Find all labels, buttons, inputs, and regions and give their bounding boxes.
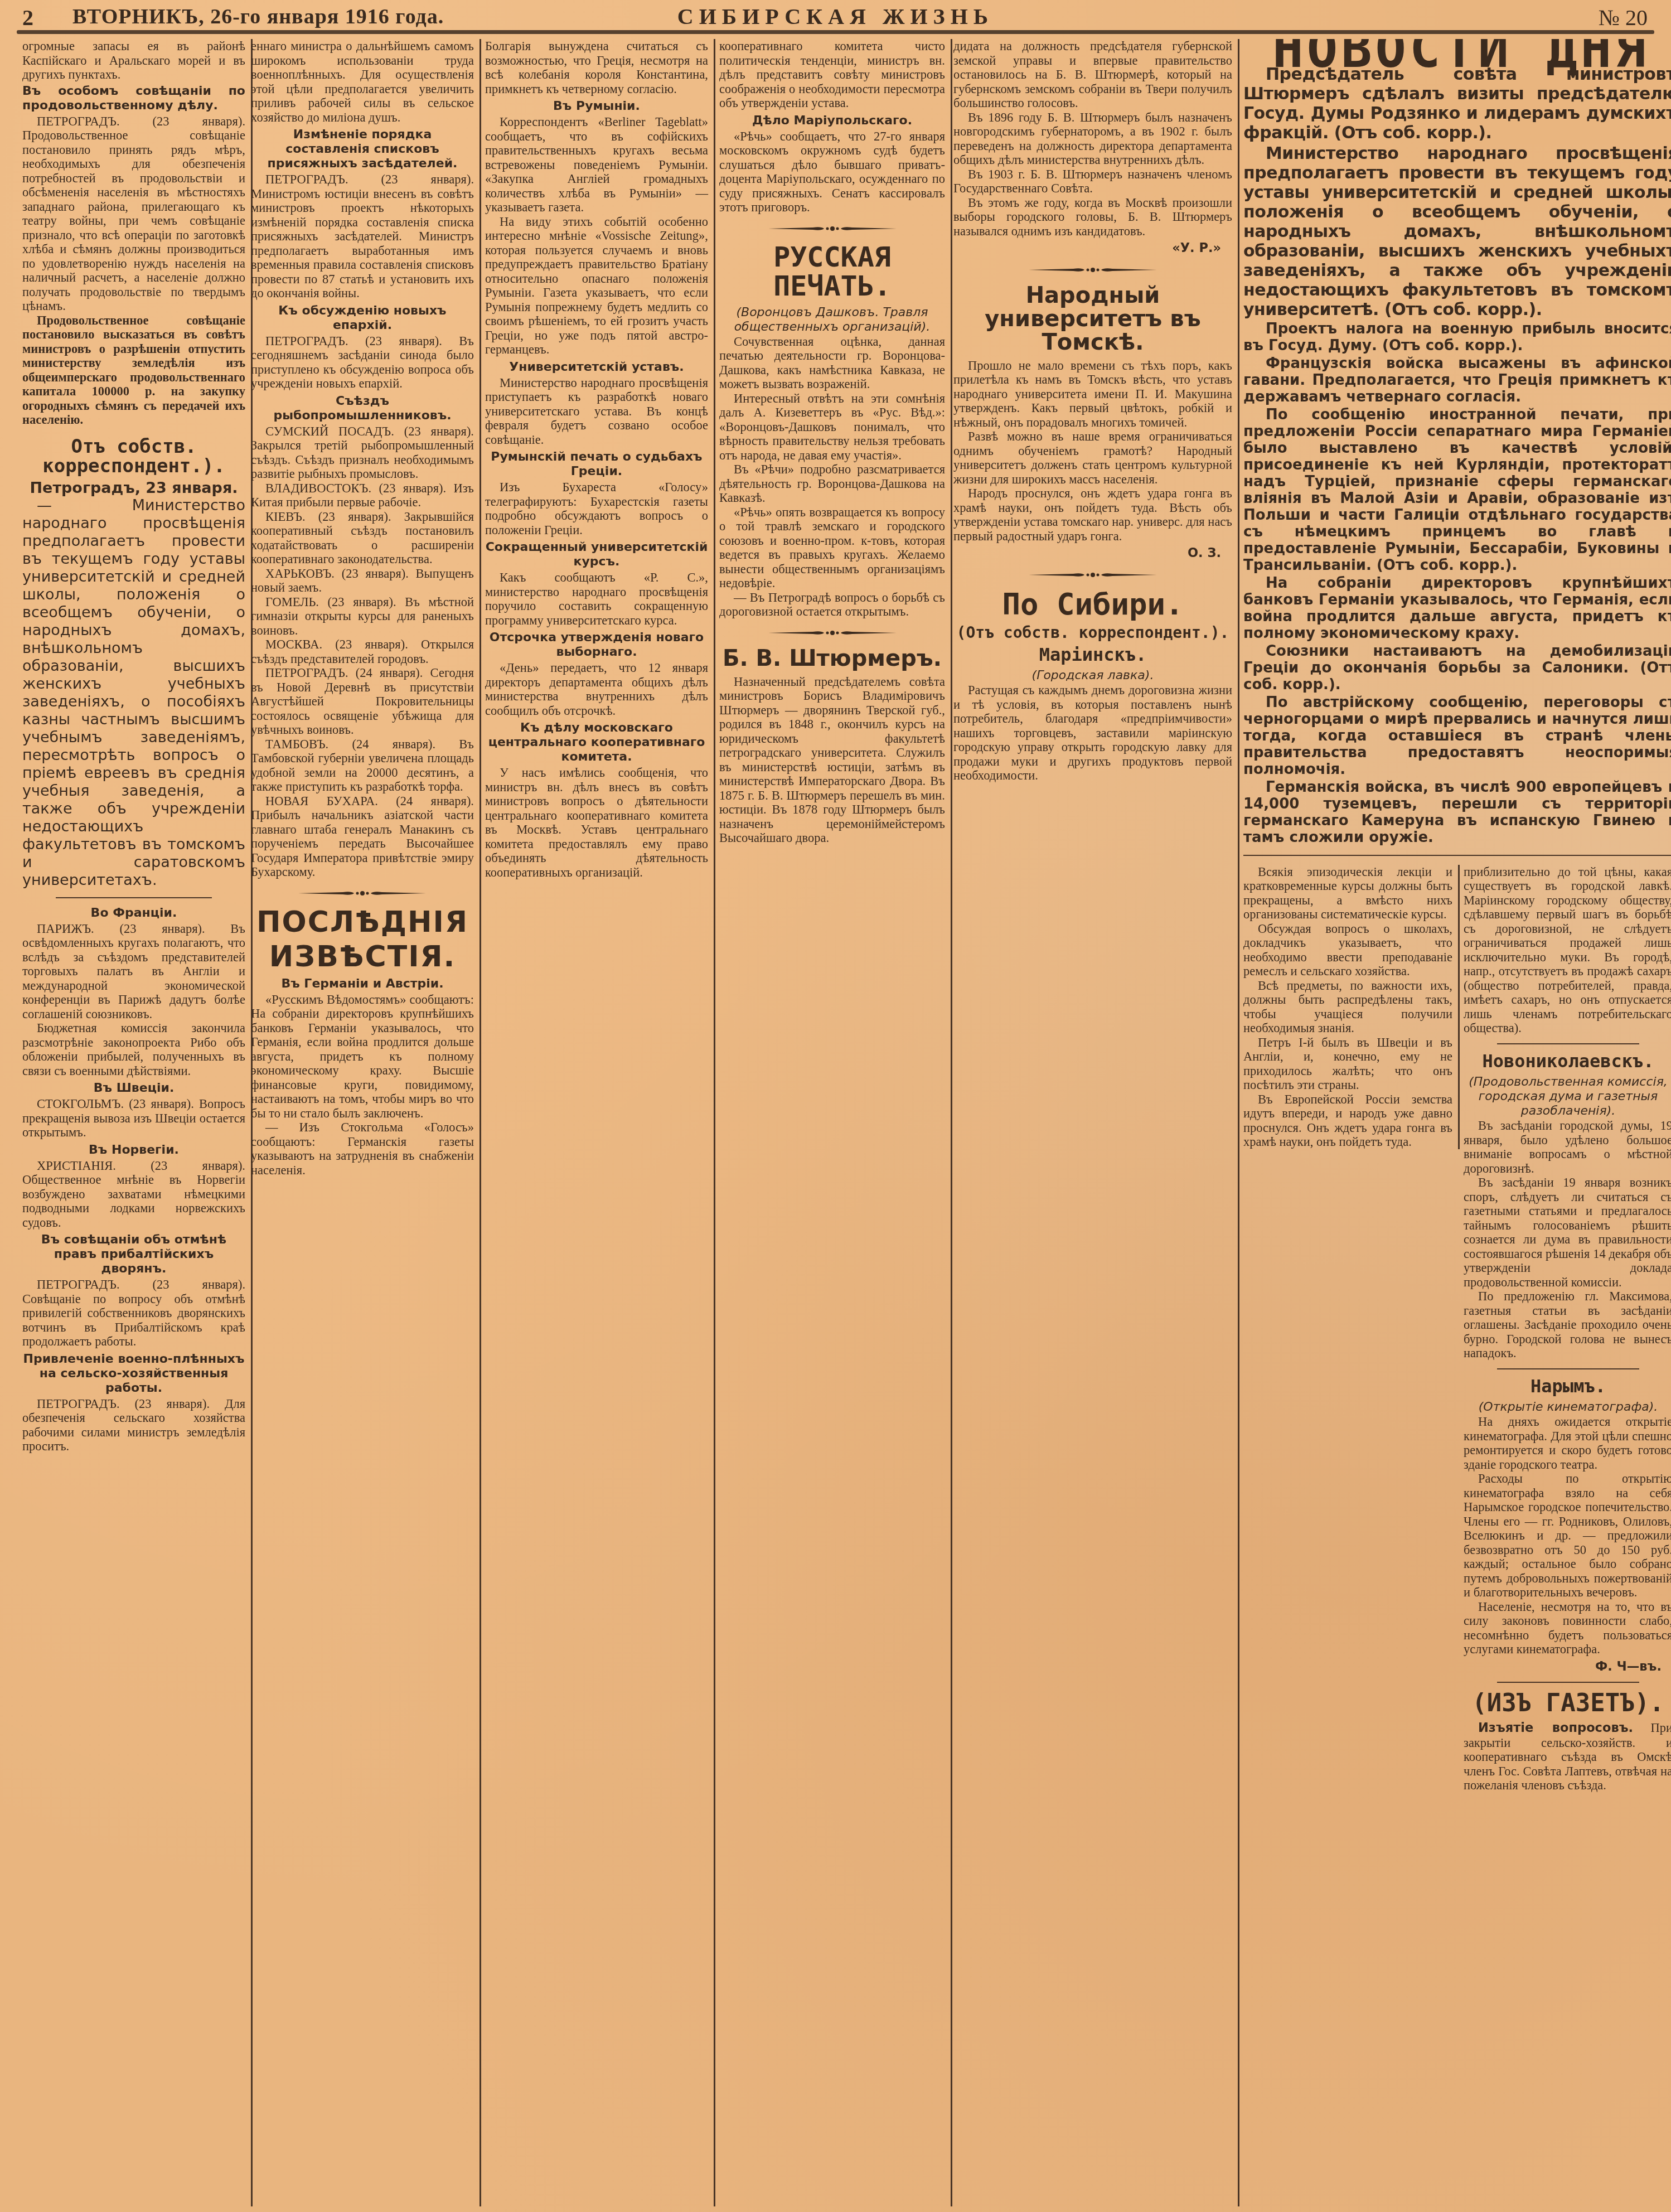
newspaper-title: СИБИРСКАЯ ЖИЗНЬ: [0, 3, 1671, 30]
news-item: Проектъ налога на военную прибыль вносит…: [1243, 321, 1671, 354]
news-list-major: Предсѣдатель совѣта министровъ Штюрмеръ …: [1243, 65, 1671, 320]
subheading: Въ Швецiи.: [22, 1081, 245, 1096]
article-text: огромные запасы ея въ районѣ Каспiйскаго…: [22, 39, 245, 82]
subheading: Къ обсужденiю новыхъ епархiй.: [251, 304, 474, 333]
ornament-divider: [1029, 266, 1157, 274]
section-heading: РУССКАЯ ПЕЧАТЬ.: [719, 243, 945, 301]
section-heading: (ИЗЪ ГАЗЕТЪ).: [1464, 1691, 1671, 1716]
subheading: Къ дѣлу московскаго центральнаго коопера…: [485, 721, 708, 764]
article-text: «Русскимъ Вѣдомостямъ» сообщаютъ: На соб…: [251, 993, 474, 1121]
article-text: Петръ I-й былъ въ Швецiи и въ Англiи, и,…: [1243, 1035, 1452, 1092]
news-item: Французскiя войска высажены въ афинской …: [1243, 355, 1671, 405]
subheading: Отсрочка утвержденiя новаго выборнаго.: [485, 631, 708, 660]
article-text: дидата на должность предсѣдателя губернс…: [953, 39, 1232, 110]
ornament-divider: [298, 889, 427, 897]
news-item: По сообщенiю иностранной печати, при пре…: [1243, 406, 1671, 574]
subheading: Во Францiи.: [22, 906, 245, 921]
column-4: кооперативнаго комитета чисто политическ…: [714, 39, 952, 2206]
news-item: Союзники настаиваютъ на демобилизацiи Гр…: [1243, 643, 1671, 693]
article-text: Интересный отвѣтъ на эти сомнѣнiя далъ А…: [719, 391, 945, 463]
article-text: еннаго министра о дальнѣйшемъ самомъ шир…: [251, 39, 474, 124]
article-text: ВЛАДИВОСТОКЪ. (23 января). Изъ Китая при…: [251, 481, 474, 510]
divider: [1243, 855, 1671, 856]
section-heading: ПОСЛѢДНIЯ: [251, 907, 474, 938]
subheading: Измѣненiе порядка составленiя списковъ п…: [251, 128, 474, 171]
news-item: На собранiи директоровъ крупнѣйшихъ банк…: [1243, 575, 1671, 642]
section-heading: По Сибири.: [953, 589, 1232, 621]
subheading: Въ Норвегiи.: [22, 1143, 245, 1158]
place-subtitle: (Открытiе кинематографа).: [1464, 1400, 1671, 1415]
masthead-rule: [17, 30, 1654, 34]
article-text: Растущая съ каждымъ днемъ дороговизна жи…: [953, 683, 1232, 783]
article-text: Въ 1903 г. Б. В. Штюрмеръ назначенъ член…: [953, 167, 1232, 196]
article-text: ХАРЬКОВЪ. (23 января). Выпущенъ новый за…: [251, 567, 474, 595]
article-text: — Въ Петроградѣ вопросъ о борьбѣ съ доро…: [719, 590, 945, 619]
article-text: ПЕТРОГРАДЪ. (23 января). Для обезпеченiя…: [22, 1397, 245, 1454]
article-text: НОВАЯ БУХАРА. (24 января). Прибылъ начал…: [251, 794, 474, 879]
column-6: НОВОСТИ ДНЯ Предсѣдатель совѣта министро…: [1235, 39, 1671, 2206]
news-item: Министерство народнаго просвѣщенiя предп…: [1243, 144, 1671, 320]
article-text: Назначенный предсѣдателемъ совѣта минист…: [719, 675, 945, 845]
article-text: Въ этомъ же году, когда въ Москвѣ произо…: [953, 196, 1232, 239]
article-text: «Рѣчь» сообщаетъ, что 27-го января моско…: [719, 129, 945, 215]
column-5: дидата на должность предсѣдателя губернс…: [948, 39, 1239, 2206]
divider: [56, 897, 212, 898]
article-text: Болгарiя вынуждена считаться съ возможно…: [485, 39, 708, 96]
news-item: Германскiя войска, въ числѣ 900 европейц…: [1243, 779, 1671, 846]
article-text: «Рѣчь» опять возвращается къ вопросу о т…: [719, 505, 945, 590]
article-text: — Изъ Стокгольма «Голосъ» сообщаютъ: Гер…: [251, 1120, 474, 1177]
section-subtitle: (Воронцовъ Дашковъ. Травля общественныхъ…: [719, 306, 945, 335]
place-heading: Новониколаевскъ.: [1464, 1052, 1671, 1071]
article-text: На виду этихъ событiй особенно интересно…: [485, 215, 708, 357]
section-subtitle: (Отъ собств. корреспондент.).: [953, 625, 1232, 641]
place-subtitle: (Продовольственная комиссiя, городская д…: [1464, 1075, 1671, 1119]
lead-in: Изъятiе вопросовъ.: [1478, 1721, 1633, 1735]
article-text: ПЕТРОГРАДЪ. (23 января). Въ сегодняшнемъ…: [251, 334, 474, 391]
column-2: еннаго министра о дальнѣйшемъ самомъ шир…: [245, 39, 481, 2206]
article-text: Обсуждая вопросъ о школахъ, докладчикъ у…: [1243, 922, 1452, 979]
article-text: ПЕТРОГРАДЪ. (23 января). Совѣщанiе по во…: [22, 1277, 245, 1349]
article-text: Изъятiе вопросовъ. При закрытiи сельско-…: [1464, 1721, 1671, 1793]
masthead: 2 ВТОРНИКЪ, 26-го января 1916 года. СИБИ…: [0, 0, 1671, 39]
article-text: Въ засѣданiи 19 января возникъ споръ, сл…: [1464, 1175, 1671, 1289]
article-text: ХРИСТIАНIЯ. (23 января). Общественное мн…: [22, 1159, 245, 1230]
article-text: СТОКГОЛЬМЪ. (23 января). Вопросъ прекращ…: [22, 1097, 245, 1140]
article-text: Изъ Бухареста «Голосу» телеграфируютъ: Б…: [485, 480, 708, 537]
article-text: МОСКВА. (23 января). Открылся съѣздъ пре…: [251, 637, 474, 666]
ornament-divider: [768, 225, 897, 233]
article-text: кооперативнаго комитета чисто политическ…: [719, 39, 945, 110]
ornament-divider: [768, 629, 897, 637]
news-list-minor: Проектъ налога на военную прибыль вносит…: [1243, 321, 1671, 846]
place-subtitle: (Городская лавка).: [953, 669, 1232, 683]
signature: «У. Р.»: [965, 241, 1221, 256]
article-text: Какъ сообщаютъ «Р. С.», министерство нар…: [485, 570, 708, 627]
article-text: Въ Европейской Россiи земства идутъ впер…: [1243, 1092, 1452, 1149]
article-text: ПАРИЖЪ. (23 января). Въ освѣдомленныхъ к…: [22, 922, 245, 1022]
article-text: КIЕВЪ. (23 января). Закрывшiйся кооперат…: [251, 510, 474, 567]
section-heading: Народный университетъ въ Томскѣ.: [953, 284, 1232, 354]
article-text: Бюджетная комиссiя закончила разсмотрѣнi…: [22, 1021, 245, 1078]
subheading: Привлеченiе военно-плѣнныхъ на сельско-х…: [22, 1352, 245, 1396]
section-heading: ИЗВѢСТIЯ.: [251, 942, 474, 972]
article-text: Въ засѣданiи городской думы, 19 января, …: [1464, 1119, 1671, 1175]
article-text: Всякiя эпизодическiя лекцiи и кратковрем…: [1243, 865, 1452, 922]
place-heading: Нарымъ.: [1464, 1377, 1671, 1396]
section-heading: Отъ собств. корреспондент.).: [22, 437, 245, 477]
divider: [1497, 1368, 1639, 1369]
article-text: Развѣ можно въ наше время ограничиваться…: [953, 429, 1232, 486]
subheading: Въ особомъ совѣщанiи по продовольственно…: [22, 84, 245, 113]
article-text: Министерство народнаго просвѣщенiя прист…: [485, 376, 708, 447]
article-text: Расходы по открытiю кинематографа взяло …: [1464, 1472, 1671, 1600]
subheading: Въ Германiи и Австрiи.: [251, 977, 474, 991]
subheading: Сокращенный университетскiй курсъ.: [485, 540, 708, 569]
dateline: Петроградъ, 23 января.: [22, 481, 245, 496]
place-heading: Марiинскъ.: [953, 646, 1232, 665]
subheading: Съѣздъ рыбопромышленниковъ.: [251, 394, 474, 423]
subheading: Въ совѣщанiи объ отмѣнѣ правъ прибалтiйс…: [22, 1233, 245, 1276]
article-text: ПЕТРОГРАДЪ. (24 января). Сегодня въ Ново…: [251, 666, 474, 737]
article-text: ПЕТРОГРАДЪ. (23 января). Продовольственн…: [22, 114, 245, 313]
signature: О. З.: [965, 546, 1221, 561]
article-text: У насъ имѣлись сообщенiя, что министръ в…: [485, 766, 708, 879]
column-1: огромные запасы ея въ районѣ Каспiйскаго…: [17, 39, 253, 2206]
article-text: приблизительно до той цѣны, какая сущест…: [1464, 865, 1671, 1035]
subheading: Дѣло Марiупольскаго.: [719, 114, 945, 128]
divider: [1497, 1682, 1639, 1683]
news-item: По австрiйскому сообщенiю, переговоры съ…: [1243, 694, 1671, 778]
article-text: Народъ проснулся, онъ ждетъ удара гонга …: [953, 486, 1232, 543]
news-item: Предсѣдатель совѣта министровъ Штюрмеръ …: [1243, 65, 1671, 143]
issue-number: № 20: [1599, 4, 1648, 31]
section-heading: Б. В. Штюрмеръ.: [719, 647, 945, 670]
signature: Ф. Ч—въ.: [1475, 1660, 1662, 1674]
news-heading: НОВОСТИ ДНЯ: [1243, 42, 1671, 57]
article-text: «День» передаетъ, что 12 января директор…: [485, 661, 708, 718]
divider: [1497, 1043, 1639, 1044]
subheading: Университетскiй уставъ.: [485, 360, 708, 375]
article-text: Прошло не мало времени съ тѣхъ поръ, как…: [953, 359, 1232, 430]
article-text: Въ «Рѣчи» подробно разсматривается дѣяте…: [719, 462, 945, 505]
article-text: Въ 1896 году Б. В. Штюрмеръ былъ назначе…: [953, 110, 1232, 167]
subheading: Румынскiй печать о судьбахъ Грецiи.: [485, 450, 708, 479]
sub-column-left: Всякiя эпизодическiя лекцiи и кратковрем…: [1243, 865, 1460, 1149]
article-text: ПЕТРОГРАДЪ. (23 января). Министромъ юсти…: [251, 172, 474, 301]
article-text: По предложенiю гл. Максимова, газетныя с…: [1464, 1289, 1671, 1361]
article-text: На дняхъ ожидается открытiе кинематограф…: [1464, 1415, 1671, 1472]
article-text: ГОМЕЛЬ. (23 января). Въ мѣстной гимназiи…: [251, 595, 474, 638]
article-text: ТАМБОВЪ. (24 января). Въ Тамбовской губе…: [251, 737, 474, 794]
ornament-divider: [1029, 571, 1157, 579]
subheading: Въ Румынiи.: [485, 99, 708, 114]
article-text: СУМСКИЙ ПОСАДЪ. (23 января). Закрылся тр…: [251, 424, 474, 481]
sub-column-right: приблизительно до той цѣны, какая сущест…: [1464, 865, 1671, 1793]
article-text: Продовольственное совѣщанiе постановило …: [22, 313, 245, 427]
column-3: Болгарiя вынуждена считаться съ возможно…: [479, 39, 715, 2206]
article-text: — Министерство народнаго просвѣщенiя пре…: [22, 497, 245, 889]
article-text: Всѣ предметы, по важности ихъ, должны бы…: [1243, 979, 1452, 1035]
article-text: Корреспондентъ «Berliner Tageblatt» сооб…: [485, 115, 708, 215]
article-text: Сочувственная оцѣнка, данная печатью дея…: [719, 335, 945, 391]
article-text: Населенiе, несмотря на то, что въ силу з…: [1464, 1600, 1671, 1657]
